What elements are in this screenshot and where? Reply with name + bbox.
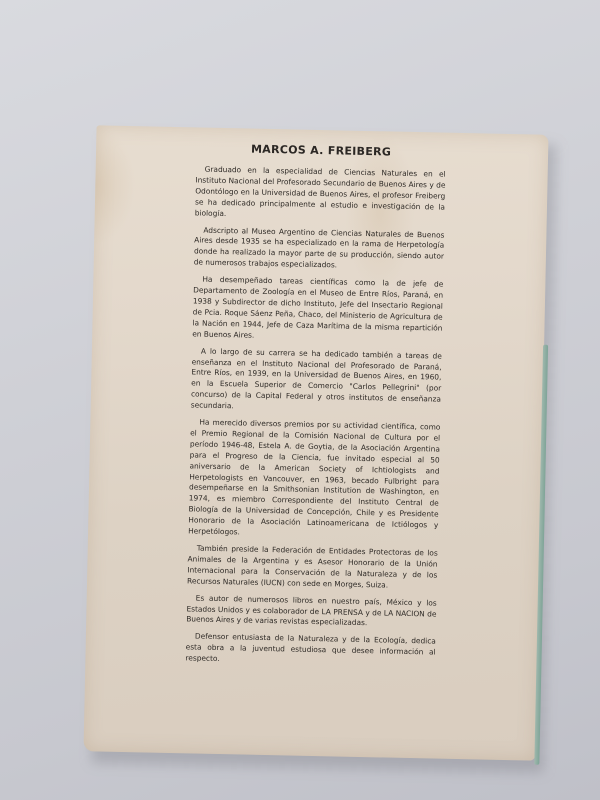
bio-paragraph: Graduado en la especialidad de Ciencias … [195, 164, 446, 224]
bio-paragraph: Es autor de numerosos libros en nuestro … [186, 593, 437, 631]
bio-paragraph: Adscripto al Museo Argentino de Ciencias… [194, 225, 445, 274]
bio-paragraph: También preside la Federación de Entidad… [187, 543, 438, 592]
book-back-cover: MARCOS A. FREIBERG Graduado en la especi… [83, 125, 548, 760]
corner-stain [94, 125, 137, 246]
bio-paragraph: Ha desempeñado tareas científicas como l… [192, 275, 443, 346]
author-bio: MARCOS A. FREIBERG Graduado en la especi… [185, 141, 446, 675]
bio-paragraph: A lo largo de su carrera se ha dedicado … [191, 346, 442, 417]
bio-paragraph: Ha merecido diversos premios por su acti… [188, 417, 440, 542]
bio-paragraph: Defensor entusiasta de la Naturaleza y d… [185, 632, 436, 670]
